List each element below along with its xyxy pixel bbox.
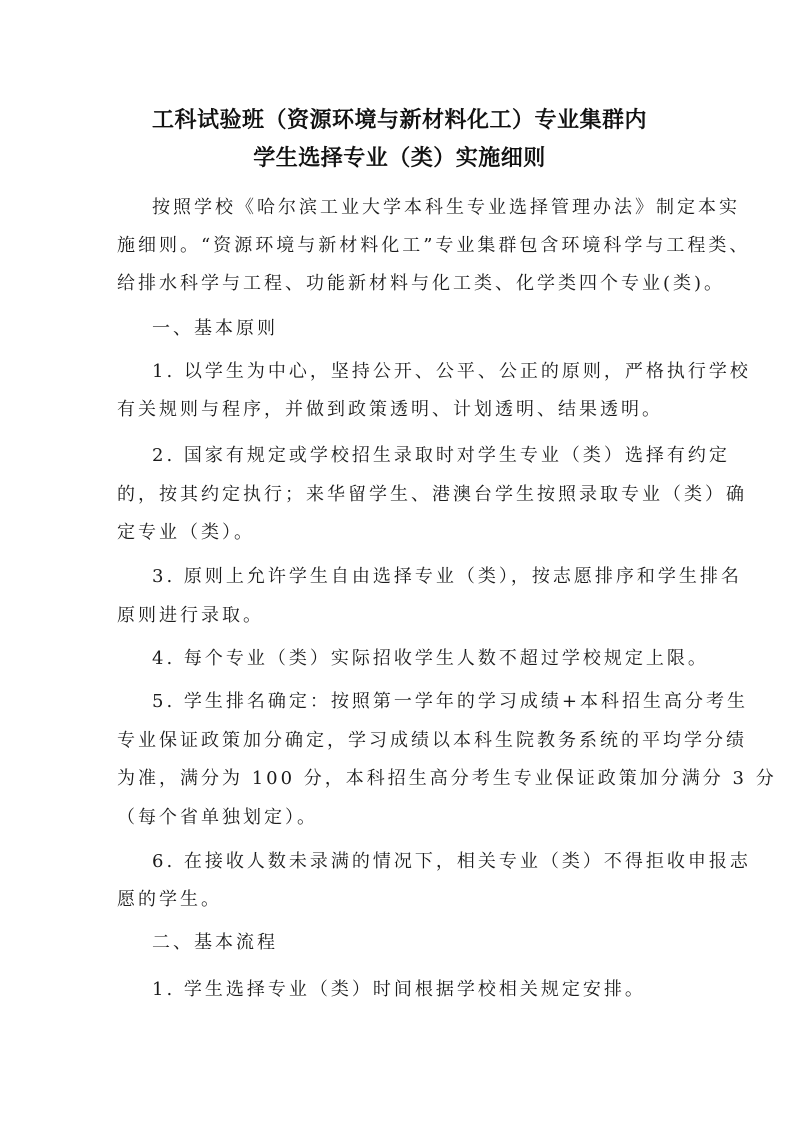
item-line: 专业保证政策加分确定，学习成绩以本科生院教务系统的平均学分绩 bbox=[117, 729, 747, 753]
item-line: 有关规则与程序，并做到政策透明、计划透明、结果透明。 bbox=[117, 398, 663, 422]
section-heading: 二、基本流程 bbox=[152, 931, 278, 955]
document-title-line2: 学生选择专业（类）实施细则 bbox=[0, 146, 799, 172]
document-page: 工科试验班（资源环境与新材料化工）专业集群内 学生选择专业（类）实施细则 按照学… bbox=[0, 0, 799, 1131]
item-line: 2. 国家有规定或学校招生录取时对学生专业（类）选择有约定 bbox=[152, 444, 730, 468]
intro-line: 给排水科学与工程、功能新材料与化工类、化学类四个专业(类)。 bbox=[117, 272, 725, 296]
item-line: （每个省单独划定）。 bbox=[117, 806, 318, 830]
item-line: 为准，满分为 100 分，本科招生高分考生专业保证政策加分满分 3 分 bbox=[117, 767, 777, 791]
section-heading: 一、基本原则 bbox=[152, 317, 278, 341]
item-line: 的，按其约定执行；来华留学生、港澳台学生按照录取专业（类）确 bbox=[117, 483, 747, 507]
item-line: 愿的学生。 bbox=[117, 888, 222, 912]
item-line: 定专业（类）。 bbox=[117, 521, 255, 545]
item-line: 4. 每个专业（类）实际招收学生人数不超过学校规定上限。 bbox=[152, 647, 709, 671]
item-line: 3. 原则上允许学生自由选择专业（类），按志愿排序和学生排名 bbox=[152, 565, 742, 589]
intro-line: 施细则。“资源环境与新材料化工”专业集群包含环境科学与工程类、 bbox=[117, 234, 750, 258]
item-line: 6. 在接收人数未录满的情况下，相关专业（类）不得拒收申报志 bbox=[152, 850, 751, 874]
item-line: 5. 学生排名确定：按照第一学年的学习成绩+本科招生高分考生 bbox=[152, 690, 748, 714]
item-line: 1. 以学生为中心，坚持公开、公平、公正的原则，严格执行学校 bbox=[152, 360, 751, 384]
item-line: 原则进行录取。 bbox=[117, 604, 264, 628]
document-title-line1: 工科试验班（资源环境与新材料化工）专业集群内 bbox=[0, 108, 799, 134]
intro-line: 按照学校《哈尔滨工业大学本科生专业选择管理办法》制定本实 bbox=[152, 196, 740, 220]
item-line: 1. 学生选择专业（类）时间根据学校相关规定安排。 bbox=[152, 978, 646, 1002]
